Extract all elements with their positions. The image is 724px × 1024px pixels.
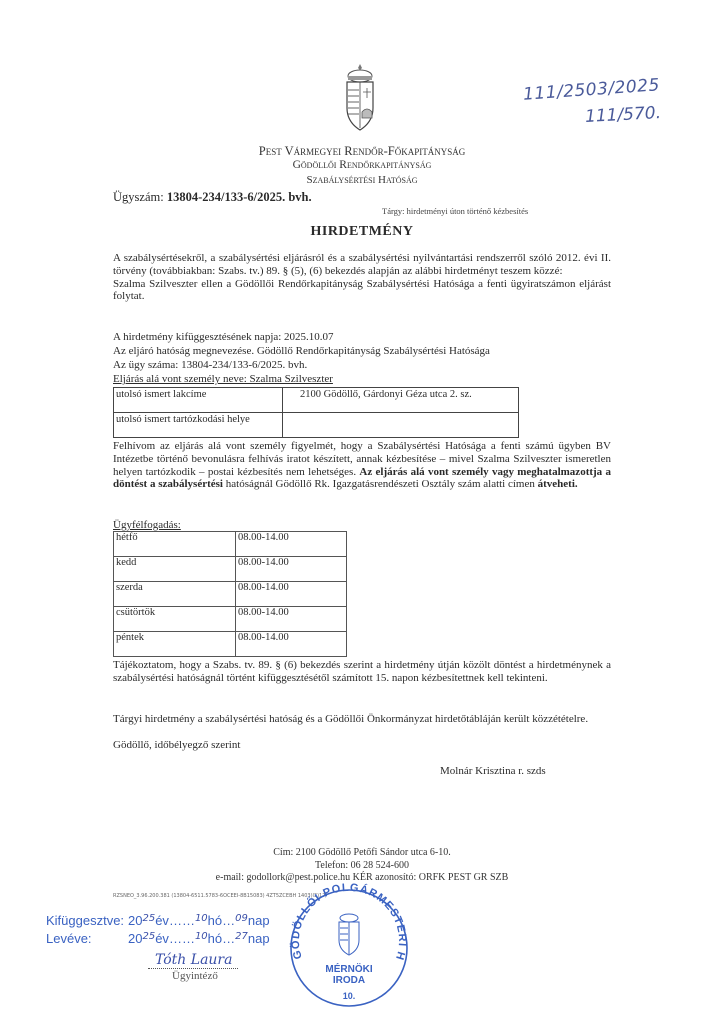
document-title: HIRDETMÉNY <box>0 224 724 240</box>
case-number: 13804-234/133-6/2025. bvh. <box>167 190 312 204</box>
intro-legal-basis: A szabálysértésekről, a szabálysértési e… <box>113 252 611 278</box>
signatory-name: Molnár Krisztina r. szds <box>440 765 546 777</box>
hours-cell: 08.00-14.00 <box>236 607 347 632</box>
round-stamp-graphic: GÖDÖLLŐI POLGÁRMESTERI HIVATAL MÉRNÖKI I… <box>284 880 414 1010</box>
removed-label: Levéve: <box>46 931 128 946</box>
day-cell: csütörtök <box>114 607 236 632</box>
place-date: Gödöllő, időbélyegző szerint <box>113 739 240 752</box>
hours-cell: 08.00-14.00 <box>236 557 347 582</box>
stamp-crest-icon <box>339 914 359 955</box>
handwritten-sub-number: 111/570. <box>585 103 662 127</box>
year-word: év <box>155 913 169 928</box>
table-row: kedd08.00-14.00 <box>114 557 347 582</box>
stamp-outer-text: GÖDÖLLŐI POLGÁRMESTERI HIVATAL <box>284 880 408 962</box>
posting-date: A hirdetmény kifüggesztésének napja: 202… <box>113 331 334 344</box>
removed-stamp-row: Levéve:2025év……10hó…27nap <box>46 931 270 946</box>
day-cell: szerda <box>114 582 236 607</box>
signature-line <box>148 968 238 969</box>
header-authority: Szabálysértési Hatóság <box>0 174 724 186</box>
residence-label: utolsó ismert tartózkodási helye <box>114 413 283 438</box>
intro-paragraph: A szabálysértésekről, a szabálysértési e… <box>113 252 611 303</box>
month-word: hó <box>208 931 222 946</box>
hours-cell: 08.00-14.00 <box>236 582 347 607</box>
hours-cell: 08.00-14.00 <box>236 532 347 557</box>
office-hours-label: Ügyfélfogadás: <box>113 519 181 532</box>
posted-year: 25 <box>142 913 155 924</box>
stamp-number: 10. <box>343 991 356 1001</box>
address-table: utolsó ismert lakcíme 2100 Gödöllő, Gárd… <box>113 387 519 438</box>
coat-of-arms-icon <box>342 62 378 134</box>
svg-text:GÖDÖLLŐI POLGÁRMESTERI HIVATAL: GÖDÖLLŐI POLGÁRMESTERI HIVATAL <box>284 880 408 962</box>
day-word: nap <box>248 913 270 928</box>
day-cell: péntek <box>114 632 236 657</box>
notice-paragraph: Felhívom az eljárás alá vont személy fig… <box>113 440 611 491</box>
case-number-detail: Az ügy száma: 13804-234/133-6/2025. bvh. <box>113 359 307 372</box>
case-number-line: Ügyszám: 13804-234/133-6/2025. bvh. <box>113 190 312 205</box>
residence-value <box>283 413 519 438</box>
table-row: utolsó ismert lakcíme 2100 Gödöllő, Gárd… <box>114 388 519 413</box>
posted-month: 10 <box>195 913 208 924</box>
case-label: Ügyszám: <box>113 190 164 204</box>
day-cell: kedd <box>114 557 236 582</box>
hours-cell: 08.00-14.00 <box>236 632 347 657</box>
posted-label: Kifüggesztve: <box>46 913 128 928</box>
removed-year: 25 <box>142 931 155 942</box>
year-word: év <box>155 931 169 946</box>
header-department: Gödöllői Rendőrkapitányság <box>0 159 724 171</box>
removed-month: 10 <box>195 931 208 942</box>
table-row: szerda08.00-14.00 <box>114 582 347 607</box>
address-value: 2100 Gödöllő, Gárdonyi Géza utca 2. sz. <box>283 388 519 413</box>
subject-line: Tárgy: hirdetményi úton történő kézbesít… <box>382 206 528 216</box>
handwritten-registration-number: 111/2503/2025 <box>522 75 660 105</box>
intro-proceeding: Szalma Szilveszter ellen a Gödöllői Rend… <box>113 278 611 304</box>
posted-year-prefix: 20 <box>128 913 142 928</box>
clerk-signature: Tóth Laura <box>155 952 232 968</box>
person-name: Eljárás alá vont személy neve: Szalma Sz… <box>113 373 333 386</box>
delivery-info-paragraph: Tájékoztatom, hogy a Szabs. tv. 89. § (6… <box>113 659 611 685</box>
table-row: utolsó ismert tartózkodási helye <box>114 413 519 438</box>
authority-name: Az eljáró hatóság megnevezése. Gödöllő R… <box>113 345 490 358</box>
address-label: utolsó ismert lakcíme <box>114 388 283 413</box>
stamp-line-1: MÉRNÖKI <box>325 962 372 975</box>
footer-address: Cím: 2100 Gödöllő Petőfi Sándor utca 6-1… <box>0 847 724 858</box>
removed-year-prefix: 20 <box>128 931 142 946</box>
header-organization: Pest Vármegyei Rendőr-Főkapitányság <box>0 144 724 159</box>
office-hours-table: hétfő08.00-14.00 kedd08.00-14.00 szerda0… <box>113 531 347 657</box>
table-row: péntek08.00-14.00 <box>114 632 347 657</box>
posted-stamp-row: Kifüggesztve:2025év……10hó…09nap <box>46 913 270 928</box>
removed-day: 27 <box>235 931 248 942</box>
publication-paragraph: Tárgyi hirdetmény a szabálysértési hatós… <box>113 713 611 726</box>
office-round-stamp: GÖDÖLLŐI POLGÁRMESTERI HIVATAL MÉRNÖKI I… <box>284 880 414 1010</box>
clerk-label: Ügyintéző <box>172 970 218 982</box>
notice-bold-2: átveheti. <box>538 478 578 490</box>
day-cell: hétfő <box>114 532 236 557</box>
notice-text-2: hatóságnál Gödöllő Rk. Igazgatásrendésze… <box>223 478 538 490</box>
posted-day: 09 <box>235 913 248 924</box>
table-row: csütörtök08.00-14.00 <box>114 607 347 632</box>
footer-phone: Telefon: 06 28 524-600 <box>0 860 724 871</box>
month-word: hó <box>208 913 222 928</box>
day-word: nap <box>248 931 270 946</box>
stamp-line-2: IRODA <box>333 975 365 986</box>
table-row: hétfő08.00-14.00 <box>114 532 347 557</box>
